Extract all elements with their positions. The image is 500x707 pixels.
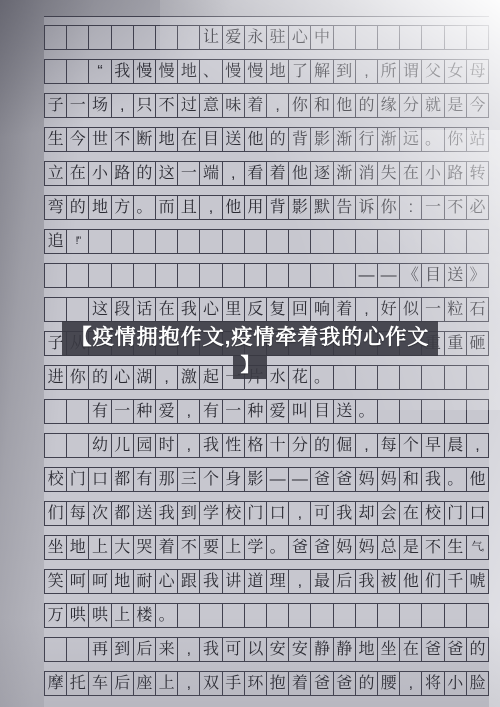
grid-cell [89, 230, 111, 253]
grid-cell: 有 [200, 400, 222, 423]
grid-cell [156, 264, 178, 287]
grid-cell [178, 26, 200, 49]
grid-cell [289, 264, 311, 287]
grid-cell: 坐 [44, 536, 67, 559]
grid-cell: 似 [400, 298, 422, 321]
essay-row: 生今世不断地在目送他的背影渐行渐远。你站 [44, 127, 489, 152]
grid-cell: 他 [467, 468, 489, 491]
grid-cell [445, 604, 467, 627]
grid-cell: 的 [311, 434, 333, 457]
grid-cell: 段 [112, 298, 134, 321]
grid-cell: 这 [89, 298, 111, 321]
grid-cell [245, 264, 267, 287]
grid-cell: , [178, 638, 200, 661]
grid-cell: 以 [245, 638, 267, 661]
grid-cell: 爸 [445, 638, 467, 661]
grid-cell: 我 [200, 570, 222, 593]
grid-cell: 和 [311, 94, 333, 117]
grid-cell: 他 [289, 162, 311, 185]
grid-cell: 让 [200, 26, 222, 49]
grid-cell: 们 [422, 570, 444, 593]
grid-cell: 来 [156, 638, 178, 661]
grid-cell [400, 26, 422, 49]
grid-cell: 送 [334, 400, 356, 423]
grid-cell: 种 [245, 400, 267, 423]
grid-cell: 性 [223, 434, 245, 457]
grid-cell [245, 332, 267, 355]
grid-cell [378, 332, 400, 355]
grid-cell: 有 [89, 400, 111, 423]
grid-cell: 砸 [467, 332, 489, 355]
grid-cell: 诉 [356, 196, 378, 219]
grid-cell: 爸 [311, 672, 333, 695]
grid-cell: 我 [200, 434, 222, 457]
grid-cell: 可 [311, 502, 333, 525]
grid-cell: 立 [44, 162, 67, 185]
grid-cell: 子 [44, 94, 67, 117]
grid-cell: 就 [422, 94, 444, 117]
grid-cell: , [467, 434, 489, 457]
grid-cell: — [289, 468, 311, 491]
grid-cell: 爸 [334, 672, 356, 695]
grid-cell: 爸 [422, 638, 444, 661]
essay-row: 子从重重砸 [44, 331, 489, 356]
grid-cell: 倔 [334, 434, 356, 457]
grid-cell: 要 [200, 536, 222, 559]
grid-cell: 校 [44, 468, 67, 491]
grid-cell: , [356, 298, 378, 321]
grid-cell [378, 604, 400, 627]
grid-cell: 背 [267, 196, 289, 219]
essay-row: 们每次都送我到学校门口,可我却会在校门口 [44, 501, 489, 526]
grid-cell: 影 [289, 196, 311, 219]
essay-row: 进你的心湖,激起一片水花。 [44, 365, 489, 390]
grid-cell: 儿 [112, 434, 134, 457]
grid-cell: 不 [156, 94, 178, 117]
grid-cell [334, 264, 356, 287]
grid-cell [89, 26, 111, 49]
grid-cell: 只 [134, 94, 156, 117]
grid-cell: 的 [467, 638, 489, 661]
grid-cell: 将 [422, 672, 444, 695]
grid-cell: 跟 [178, 570, 200, 593]
essay-row: 幼儿园时,我性格十分的倔,每个早晨, [44, 433, 489, 458]
grid-cell [267, 332, 289, 355]
grid-cell: 可 [223, 638, 245, 661]
grid-cell: , [289, 570, 311, 593]
grid-cell: 一 [112, 400, 134, 423]
grid-cell: 上 [112, 604, 134, 627]
grid-cell: 次 [89, 502, 111, 525]
grid-cell: 。 [156, 604, 178, 627]
grid-cell: , [178, 672, 200, 695]
grid-cell: 校 [422, 502, 444, 525]
grid-cell: 在 [400, 638, 422, 661]
grid-cell: 目 [200, 128, 222, 151]
grid-cell [334, 332, 356, 355]
grid-cell [289, 604, 311, 627]
grid-cell: 一 [223, 400, 245, 423]
grid-cell [112, 230, 134, 253]
grid-cell: 子 [44, 332, 67, 355]
grid-cell: 一 [422, 298, 444, 321]
grid-cell: 每 [67, 502, 89, 525]
grid-cell: 方 [112, 196, 134, 219]
grid-cell: 都 [112, 468, 134, 491]
grid-cell [267, 230, 289, 253]
grid-cell [400, 400, 422, 423]
grid-cell [44, 400, 67, 423]
grid-cell: 的 [267, 128, 289, 151]
essay-row: 这段话在我心里反复回响着,好似一粒石 [44, 297, 489, 322]
grid-cell: 小 [445, 672, 467, 695]
grid-cell [422, 400, 444, 423]
grid-cell: 了 [289, 60, 311, 83]
grid-cell: 慢 [156, 60, 178, 83]
grid-cell: !” [67, 230, 89, 253]
grid-cell [356, 26, 378, 49]
grid-cell: 地 [89, 196, 111, 219]
grid-cell: 端 [200, 162, 222, 185]
grid-cell: 小 [422, 162, 444, 185]
grid-cell: 爸 [334, 468, 356, 491]
grid-cell: 我 [200, 638, 222, 661]
grid-cell: 爱 [223, 26, 245, 49]
grid-cell: 呵 [89, 570, 111, 593]
grid-cell: 每 [378, 434, 400, 457]
grid-cell: 用 [245, 196, 267, 219]
grid-cell: 你 [378, 196, 400, 219]
grid-cell: 唬 [467, 570, 489, 593]
grid-cell: 爸 [311, 468, 333, 491]
grid-cell: 话 [134, 298, 156, 321]
grid-cell: 消 [356, 162, 378, 185]
grid-cell [200, 332, 222, 355]
grid-cell: 》 [467, 264, 489, 287]
grid-cell [356, 604, 378, 627]
grid-cell: 逐 [311, 162, 333, 185]
grid-cell: 他 [245, 128, 267, 151]
grid-cell: 意 [200, 94, 222, 117]
grid-cell: 今 [467, 94, 489, 117]
grid-cell: 地 [178, 60, 200, 83]
grid-cell: 远 [400, 128, 422, 151]
essay-row: 笑呵呵地耐心跟我讲道理,最后我被他们千唬 [44, 569, 489, 594]
grid-cell [67, 434, 89, 457]
grid-cell [467, 604, 489, 627]
grid-cell [67, 400, 89, 423]
grid-cell: 路 [445, 162, 467, 185]
grid-cell: 送 [445, 264, 467, 287]
grid-cell [445, 26, 467, 49]
grid-cell: 着 [334, 298, 356, 321]
grid-cell: 到 [178, 502, 200, 525]
grid-cell: 妈 [356, 536, 378, 559]
grid-cell: 妈 [356, 468, 378, 491]
grid-cell: 他 [334, 94, 356, 117]
grid-cell: , [112, 94, 134, 117]
grid-cell: 慢 [245, 60, 267, 83]
grid-cell: 着 [289, 672, 311, 695]
grid-cell [223, 264, 245, 287]
grid-cell: 总 [378, 536, 400, 559]
grid-cell: 静 [334, 638, 356, 661]
grid-cell: 上 [223, 536, 245, 559]
grid-cell: 道 [245, 570, 267, 593]
grid-cell: 门 [245, 502, 267, 525]
grid-cell: 理 [267, 570, 289, 593]
essay-row: 万哄哄上楼。 [44, 603, 489, 628]
grid-cell: — [378, 264, 400, 287]
grid-cell [311, 604, 333, 627]
grid-cell: 会 [378, 502, 400, 525]
grid-cell: 。 [356, 400, 378, 423]
grid-cell: 必 [467, 196, 489, 219]
grid-cell: 到 [334, 60, 356, 83]
essay-row: 校门口都有那三个身影——爸爸妈妈和我。他 [44, 467, 489, 492]
grid-cell: 背 [289, 128, 311, 151]
grid-cell: 重 [422, 332, 444, 355]
grid-cell: 场 [89, 94, 111, 117]
grid-cell: 花 [289, 366, 311, 389]
grid-cell: 送 [134, 502, 156, 525]
grid-cell: 告 [334, 196, 356, 219]
grid-cell: 门 [67, 468, 89, 491]
grid-cell: 和 [400, 468, 422, 491]
grid-cell: 爱 [267, 400, 289, 423]
grid-cell: 口 [89, 468, 111, 491]
grid-cell: 地 [356, 638, 378, 661]
grid-cell: 在 [400, 502, 422, 525]
grid-cell: 味 [223, 94, 245, 117]
grid-cell: 脸 [467, 672, 489, 695]
grid-cell: 腰 [378, 672, 400, 695]
grid-cell: 路 [112, 162, 134, 185]
grid-cell: 目 [311, 400, 333, 423]
grid-cell: 永 [245, 26, 267, 49]
grid-cell: 。 [422, 128, 444, 151]
grid-cell [422, 230, 444, 253]
grid-cell: 着 [245, 94, 267, 117]
grid-cell: 们 [44, 502, 67, 525]
grid-cell: 托 [67, 672, 89, 695]
grid-cell: 谓 [400, 60, 422, 83]
grid-cell [44, 26, 67, 49]
grid-cell: 所 [378, 60, 400, 83]
grid-cell [89, 332, 111, 355]
grid-cell: 分 [400, 94, 422, 117]
grid-cell: 气, [467, 536, 489, 559]
grid-cell: 慢 [223, 60, 245, 83]
grid-cell [44, 60, 67, 83]
grid-cell [289, 230, 311, 253]
grid-cell: 摩 [44, 672, 67, 695]
grid-cell [400, 604, 422, 627]
grid-cell: 重 [445, 332, 467, 355]
grid-cell: , [223, 162, 245, 185]
grid-cell: 不 [422, 536, 444, 559]
grid-cell [422, 604, 444, 627]
grid-cell [112, 264, 134, 287]
grid-cell: 你 [289, 94, 311, 117]
photo-background: 让爱永驻心中“我慢慢地、慢慢地了解到,所谓父女母子一场,只不过意味着,你和他的缘… [0, 0, 500, 707]
essay-row: 让爱永驻心中 [44, 25, 489, 50]
essay-row: 摩托车后座上,双手环抱着爸爸的腰,将小脸 [44, 671, 489, 696]
grid-cell [378, 230, 400, 253]
grid-cell [245, 604, 267, 627]
grid-cell: 你 [67, 366, 89, 389]
grid-cell [400, 332, 422, 355]
grid-cell: 学 [200, 502, 222, 525]
grid-cell: 环 [245, 672, 267, 695]
grid-cell: 上 [89, 536, 111, 559]
grid-cell: 是 [400, 536, 422, 559]
grid-cell: 着 [156, 536, 178, 559]
grid-cell: : [400, 196, 422, 219]
grid-cell [44, 264, 67, 287]
composition-paper: 让爱永驻心中“我慢慢地、慢慢地了解到,所谓父女母子一场,只不过意味着,你和他的缘… [44, 16, 489, 707]
grid-cell: 送 [223, 128, 245, 151]
grid-cell: 小 [89, 162, 111, 185]
grid-cell: 回 [289, 298, 311, 321]
grid-cell: 。 [311, 366, 333, 389]
grid-cell: — [356, 264, 378, 287]
grid-cell: 个 [200, 468, 222, 491]
grid-cell: 万 [44, 604, 67, 627]
grid-cell: 心 [156, 570, 178, 593]
grid-cell: 影 [245, 468, 267, 491]
grid-cell: 。 [445, 468, 467, 491]
grid-cell [445, 366, 467, 389]
grid-cell: 后 [334, 570, 356, 593]
grid-cell: 反 [245, 298, 267, 321]
grid-cell [400, 366, 422, 389]
grid-cell: 好 [378, 298, 400, 321]
grid-cell: 到 [112, 638, 134, 661]
grid-cell: 行 [356, 128, 378, 151]
essay-row: ——《目送》 [44, 263, 489, 288]
grid-cell: 父 [422, 60, 444, 83]
grid-cell: 手 [223, 672, 245, 695]
grid-cell: 三 [178, 468, 200, 491]
grid-cell: 《 [400, 264, 422, 287]
grid-cell: 从 [67, 332, 89, 355]
essay-row: 弯的地方。而且,他用背影默告诉你:一不必 [44, 195, 489, 220]
grid-cell: 校 [223, 502, 245, 525]
grid-cell: 我 [422, 468, 444, 491]
grid-cell: 双 [200, 672, 222, 695]
grid-cell [356, 332, 378, 355]
grid-cell [311, 264, 333, 287]
grid-cell: 心 [289, 26, 311, 49]
grid-cell: 转 [467, 162, 489, 185]
grid-cell [334, 230, 356, 253]
grid-cell: , [156, 366, 178, 389]
grid-cell: 石 [467, 298, 489, 321]
grid-cell: 弯 [44, 196, 67, 219]
essay-row: 坐地上大哭着不要上学。爸爸妈妈总是不生气, [44, 535, 489, 560]
grid-cell: 却 [356, 502, 378, 525]
grid-cell: 上 [156, 672, 178, 695]
grid-cell: 不 [445, 196, 467, 219]
grid-cell [223, 604, 245, 627]
grid-cell: 不 [178, 536, 200, 559]
grid-cell: 个 [400, 434, 422, 457]
grid-cell: 安 [289, 638, 311, 661]
grid-cell [467, 400, 489, 423]
grid-cell: 断 [134, 128, 156, 151]
grid-cell [89, 264, 111, 287]
grid-cell [223, 332, 245, 355]
grid-cell [378, 26, 400, 49]
grid-cell [156, 230, 178, 253]
grid-cell: 口 [467, 502, 489, 525]
grid-cell: , [400, 672, 422, 695]
grid-cell: 我 [178, 298, 200, 321]
grid-cell: 地 [267, 60, 289, 83]
grid-cell [311, 230, 333, 253]
grid-cell: 呵 [67, 570, 89, 593]
grid-cell: 讲 [223, 570, 245, 593]
grid-cell: 早 [422, 434, 444, 457]
grid-cell: 是 [445, 94, 467, 117]
grid-cell: 静 [311, 638, 333, 661]
grid-cell: 园 [134, 434, 156, 457]
essay-row: 追!” [44, 229, 489, 254]
grid-cell [400, 230, 422, 253]
grid-cell: 的 [67, 196, 89, 219]
grid-cell [44, 298, 67, 321]
grid-cell [378, 366, 400, 389]
grid-cell: 的 [356, 94, 378, 117]
grid-cell: 在 [178, 128, 200, 151]
grid-cell: 生 [445, 536, 467, 559]
grid-cell: 安 [267, 638, 289, 661]
grid-cell [112, 332, 134, 355]
grid-cell: , [289, 502, 311, 525]
grid-cell: , [356, 434, 378, 457]
grid-cell: 幼 [89, 434, 111, 457]
grid-cell: 在 [400, 162, 422, 185]
grid-cell: 一 [422, 196, 444, 219]
grid-cell: 的 [356, 672, 378, 695]
grid-cell: 起 [200, 366, 222, 389]
grid-cell: 看 [245, 162, 267, 185]
grid-cell: 楼 [134, 604, 156, 627]
grid-cell: 女 [445, 60, 467, 83]
grid-cell [44, 434, 67, 457]
grid-cell [467, 26, 489, 49]
grid-cell: 渐 [334, 162, 356, 185]
grid-cell: 默 [311, 196, 333, 219]
grid-cell: 世 [89, 128, 111, 151]
grid-cell [445, 400, 467, 423]
grid-cell: 都 [112, 502, 134, 525]
grid-cell [178, 604, 200, 627]
grid-cell [245, 230, 267, 253]
grid-cell [467, 230, 489, 253]
grid-cell: 耐 [134, 570, 156, 593]
grid-cell [44, 638, 67, 661]
grid-cell: 妈 [334, 536, 356, 559]
grid-cell [467, 366, 489, 389]
grid-cell: 你 [445, 128, 467, 151]
grid-cell [378, 400, 400, 423]
grid-cell [200, 604, 222, 627]
grid-cell: 解 [311, 60, 333, 83]
grid-cell: 一 [67, 94, 89, 117]
grid-cell: 格 [245, 434, 267, 457]
